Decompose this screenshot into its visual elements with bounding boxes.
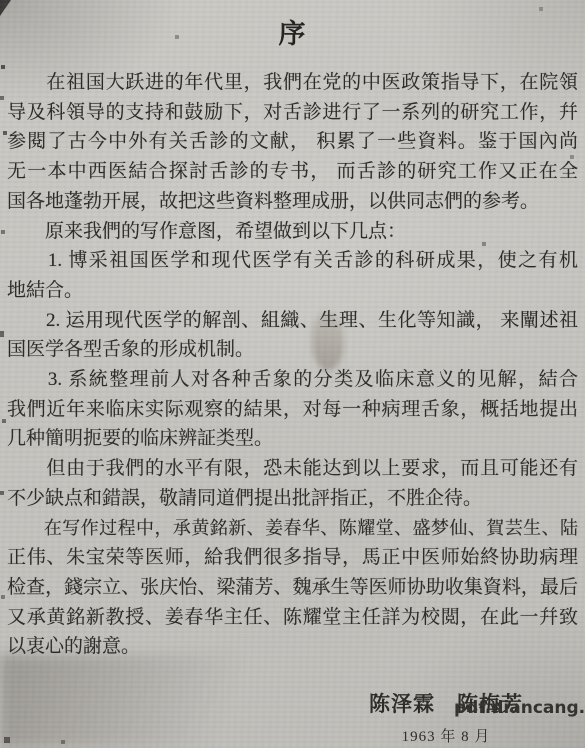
body-line: 无一本中西医結合探討舌診的专书， 而舌診的研究工作又正在全	[7, 157, 578, 187]
body-line: 在写作过程中，承黄銘新、姜春华、陈耀堂、盛梦仙、賀芸生、陆	[7, 514, 578, 544]
body-line: 检查，錢宗立、张庆怡、梁蒲芳、魏承生等医师协助收集資料，最后	[7, 573, 578, 603]
body-line: 以衷心的謝意。	[7, 632, 578, 662]
body-line: 地結合。	[7, 276, 578, 306]
body-line: 几种簡明扼要的临床辨証类型。	[7, 424, 578, 454]
body-line: 2. 运用现代医学的解剖、組織、生理、生化等知識， 来闡述祖	[7, 306, 578, 336]
body-line: 参閱了古今中外有关舌診的文献， 积累了一些資料。鉴于国內尚	[7, 127, 578, 157]
body-line: 我們近年来临床实际观察的結果，对每一种病理舌象，概括地提出	[7, 395, 578, 425]
body-line: 国医学各型舌象的形成机制。	[7, 335, 578, 365]
body-line: 3. 系統整理前人对各种舌象的分类及临床意义的见解，結合	[7, 365, 578, 395]
preface-body: 在祖国大跃进的年代里，我們在党的中医政策指导下，在院領 导及科領导的支持和鼓励下…	[7, 68, 578, 662]
watermark: pdf.diancang.xyz	[454, 698, 585, 718]
body-line: 不少缺点和錯誤，敬請同道們提出批評指正，不胜企待。	[7, 484, 578, 514]
body-line: 导及科領导的支持和鼓励下，对舌診进行了一系列的研究工作，幷	[7, 98, 578, 128]
publication-date: 1963 年 8 月	[369, 725, 523, 746]
body-line: 又承黄銘新教授、姜春华主任、陈耀堂主任詳为校閲，在此一幷致	[7, 603, 578, 633]
scanned-book-page: 序 在祖国大跃进的年代里，我們在党的中医政策指导下，在院領 导及科領导的支持和鼓…	[0, 0, 585, 748]
paper-crease-shadow	[0, 655, 320, 748]
body-line: 原来我們的写作意图，希望做到以下几点：	[7, 217, 578, 247]
page-title: 序	[0, 12, 585, 51]
body-line: 但由于我們的水平有限，恐未能达到以上要求，而且可能还有	[7, 454, 578, 484]
body-line: 1. 博采祖国医学和现代医学有关舌診的科研成果，使之有机	[7, 246, 578, 276]
body-line: 国各地蓬勃开展，故把这些資料整理成册，以供同志們的参考。	[7, 187, 578, 217]
body-line: 正伟、朱宝荣等医师，給我們很多指导，馬正中医师始終协助病理	[7, 543, 578, 573]
body-line: 在祖国大跃进的年代里，我們在党的中医政策指导下，在院領	[7, 68, 578, 98]
